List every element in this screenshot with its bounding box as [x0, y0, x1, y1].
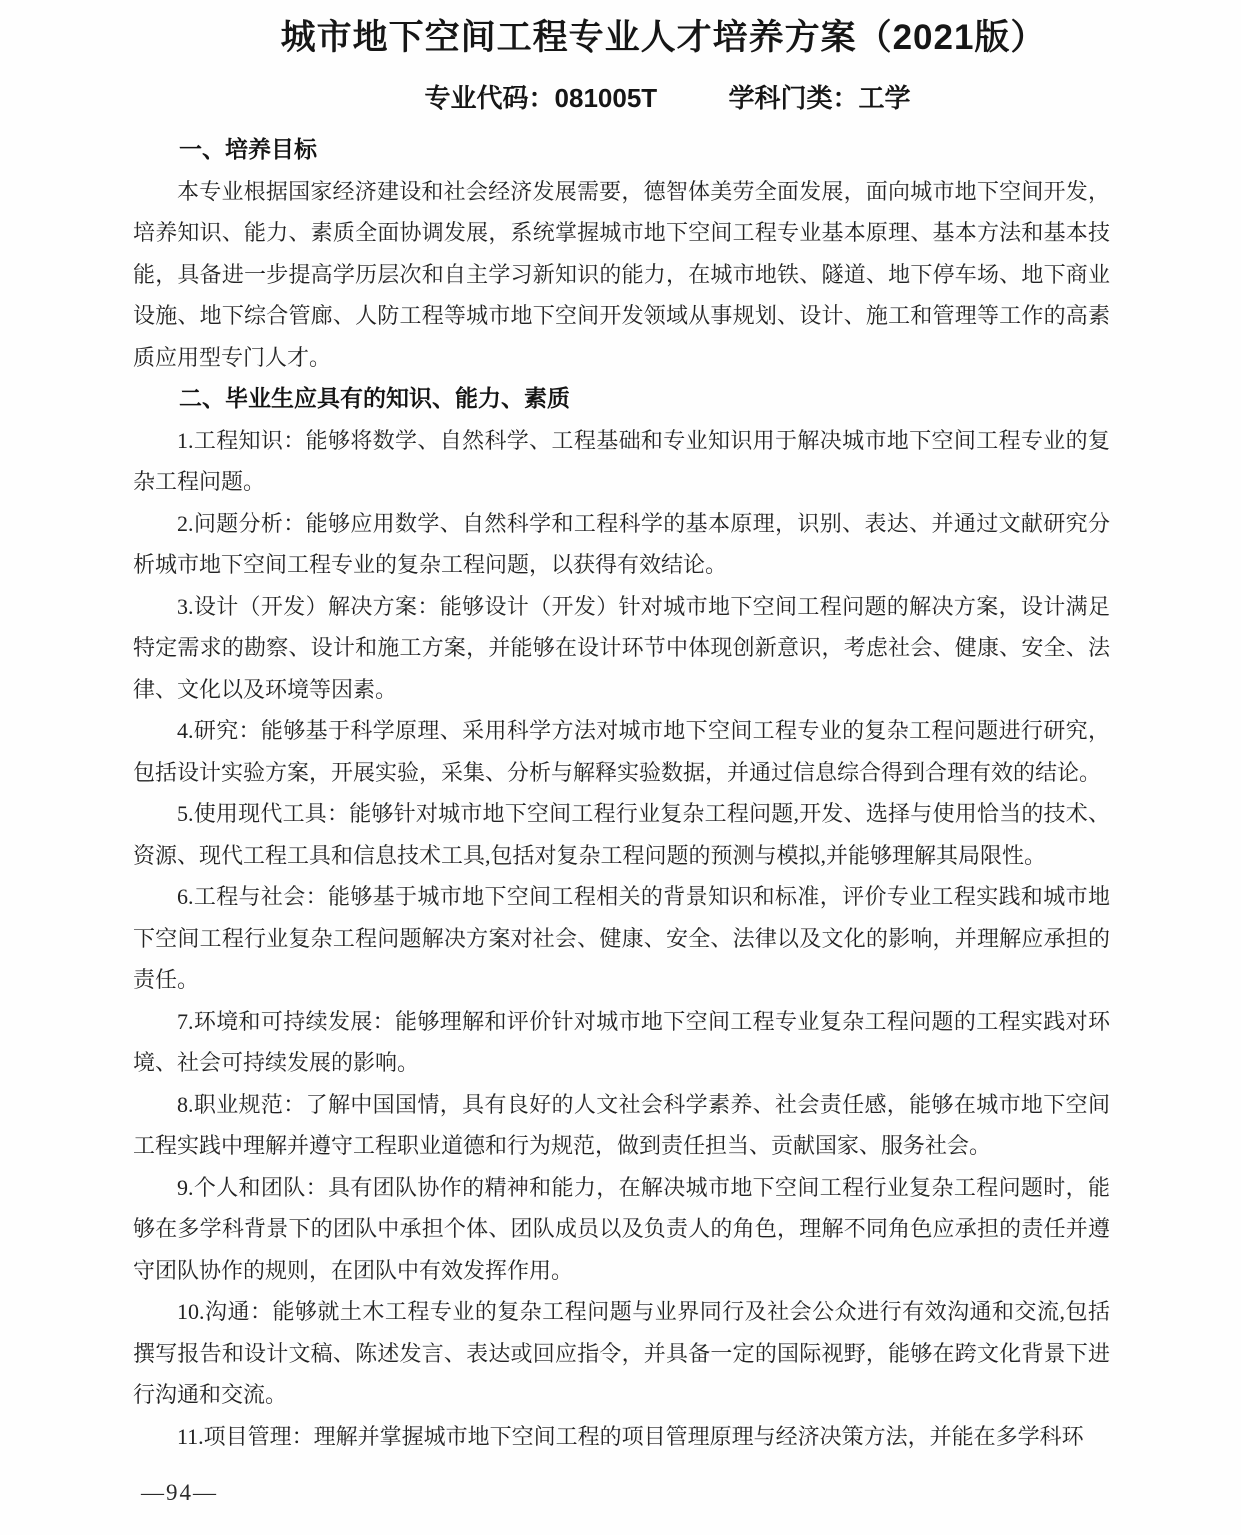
requirement-item-4: 4.研究：能够基于科学原理、采用科学方法对城市地下空间工程专业的复杂工程问题进行… [133, 710, 1110, 793]
requirement-item-11: 11.项目管理：理解并掌握城市地下空间工程的项目管理原理与经济决策方法，并能在多… [133, 1416, 1110, 1458]
major-code-value: 081005T [555, 83, 658, 113]
discipline-category: 学科门类：工学 [728, 83, 910, 113]
requirement-item-9: 9.个人和团队：具有团队协作的精神和能力，在解决城市地下空间工程行业复杂工程问题… [133, 1167, 1110, 1292]
discipline-category-value: 工学 [858, 83, 910, 113]
requirement-item-3: 3.设计（开发）解决方案：能够设计（开发）针对城市地下空间工程问题的解决方案，设… [133, 586, 1110, 711]
page-number: —94— [141, 1478, 218, 1508]
discipline-category-label: 学科门类： [728, 83, 858, 113]
requirement-item-1: 1.工程知识：能够将数学、自然科学、工程基础和专业知识用于解决城市地下空间工程专… [133, 420, 1110, 503]
major-code: 专业代码：081005T [425, 83, 658, 113]
section-2-heading: 二、毕业生应具有的知识、能力、素质 [133, 378, 1110, 420]
requirement-item-2: 2.问题分析：能够应用数学、自然科学和工程科学的基本原理，识别、表达、并通过文献… [133, 503, 1110, 586]
requirement-item-10: 10.沟通：能够就土木工程专业的复杂工程问题与业界同行及社会公众进行有效沟通和交… [133, 1291, 1110, 1416]
document-page: 城市地下空间工程专业人才培养方案（2021版） 专业代码：081005T 学科门… [0, 0, 1241, 1535]
major-code-label: 专业代码： [425, 83, 555, 113]
page-title: 城市地下空间工程专业人才培养方案（2021版） [175, 12, 1152, 64]
subtitle: 专业代码：081005T 学科门类：工学 [179, 80, 1156, 116]
training-goal-paragraph: 本专业根据国家经济建设和社会经济发展需要，德智体美劳全面发展，面向城市地下空间开… [133, 171, 1110, 379]
document-content: 城市地下空间工程专业人才培养方案（2021版） 专业代码：081005T 学科门… [133, 0, 1110, 1457]
requirement-item-7: 7.环境和可持续发展：能够理解和评价针对城市地下空间工程专业复杂工程问题的工程实… [133, 1001, 1110, 1084]
requirement-item-6: 6.工程与社会：能够基于城市地下空间工程相关的背景知识和标准，评价专业工程实践和… [133, 876, 1110, 1001]
requirement-item-5: 5.使用现代工具：能够针对城市地下空间工程行业复杂工程问题,开发、选择与使用恰当… [133, 793, 1110, 876]
requirement-item-8: 8.职业规范：了解中国国情，具有良好的人文社会科学素养、社会责任感，能够在城市地… [133, 1084, 1110, 1167]
section-1-heading: 一、培养目标 [133, 129, 1110, 171]
